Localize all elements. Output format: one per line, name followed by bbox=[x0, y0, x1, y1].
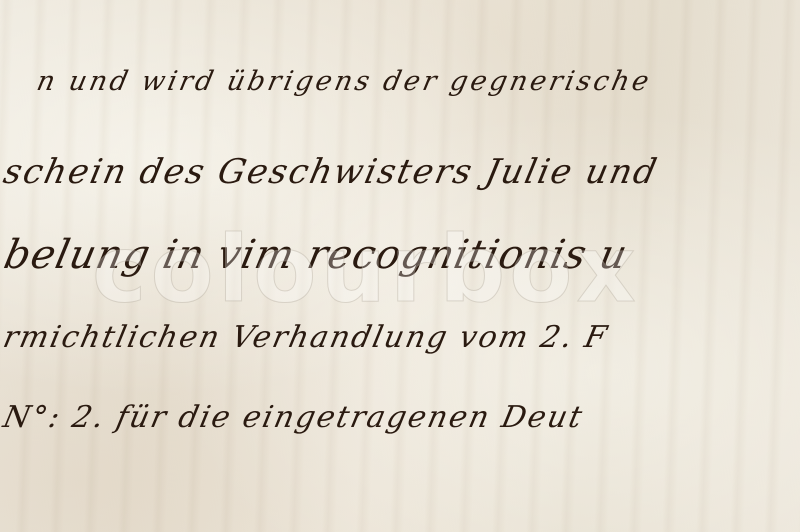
handwriting-line-5: N°: 2. für die eingetragenen Deut bbox=[0, 400, 587, 435]
handwriting-line-2: schein des Geschwisters Julie und bbox=[0, 152, 662, 192]
handwriting-line-1: n und wird übrigens der gegnerische bbox=[34, 66, 655, 97]
handwriting-line-3: belung in vim recognitionis u bbox=[0, 232, 632, 278]
handwriting-line-4: rmichtlichen Verhandlung vom 2. F bbox=[0, 320, 612, 355]
